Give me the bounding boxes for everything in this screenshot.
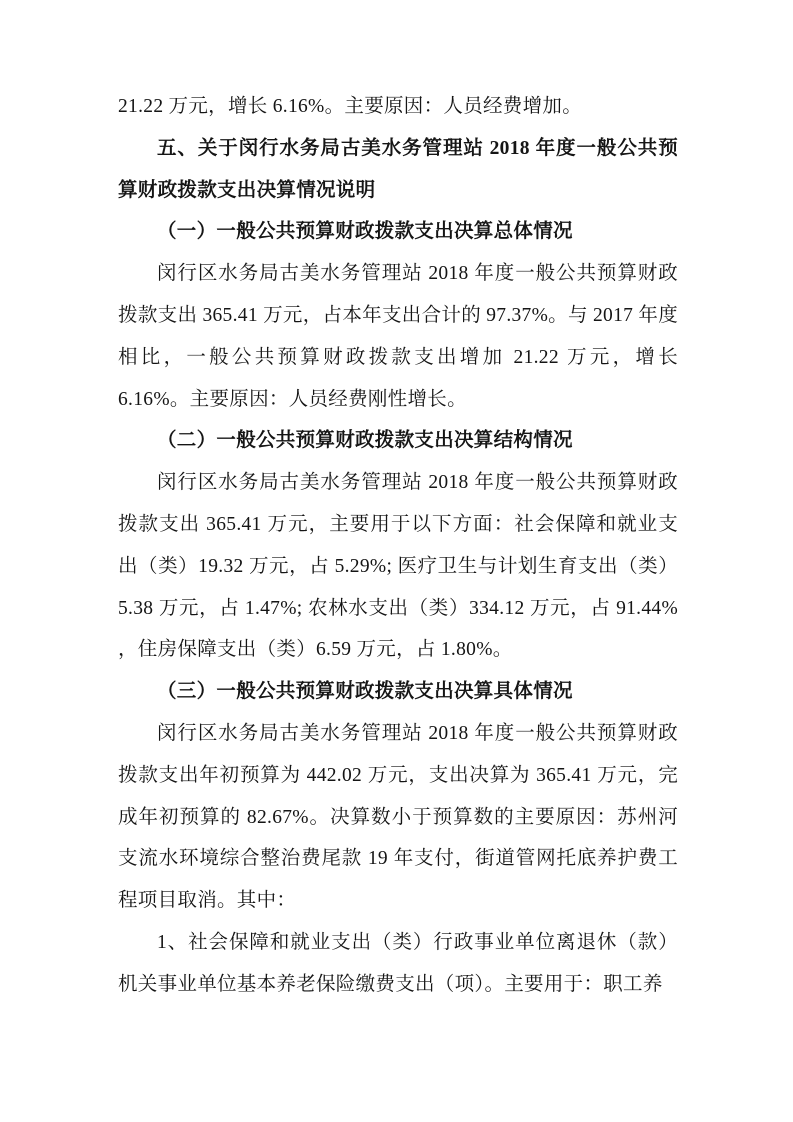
section-heading: 五、关于闵行水务局古美水务管理站 2018 年度一般公共预算财政拨款支出决算情况… [118, 128, 678, 212]
paragraph-structure-situation: 闵行区水务局古美水务管理站 2018 年度一般公共预算财政拨款支出 365.41… [118, 462, 678, 671]
paragraph-specific-situation: 闵行区水务局古美水务管理站 2018 年度一般公共预算财政拨款支出年初预算为 4… [118, 713, 678, 922]
document-text-block: 21.22 万元，增长 6.16%。主要原因：人员经费增加。 五、关于闵行水务局… [118, 86, 678, 1006]
subheading-3: （三）一般公共预算财政拨款支出决算具体情况 [118, 671, 678, 713]
paragraph-overall-situation: 闵行区水务局古美水务管理站 2018 年度一般公共预算财政拨款支出 365.41… [118, 253, 678, 420]
subheading-1: （一）一般公共预算财政拨款支出决算总体情况 [118, 211, 678, 253]
subheading-2: （二）一般公共预算财政拨款支出决算结构情况 [118, 420, 678, 462]
document-page: 21.22 万元，增长 6.16%。主要原因：人员经费增加。 五、关于闵行水务局… [0, 0, 793, 1122]
paragraph-numbered-item-1: 1、社会保障和就业支出（类）行政事业单位离退休（款）机关事业单位基本养老保险缴费… [118, 922, 678, 1006]
paragraph-continuation: 21.22 万元，增长 6.16%。主要原因：人员经费增加。 [118, 86, 678, 128]
